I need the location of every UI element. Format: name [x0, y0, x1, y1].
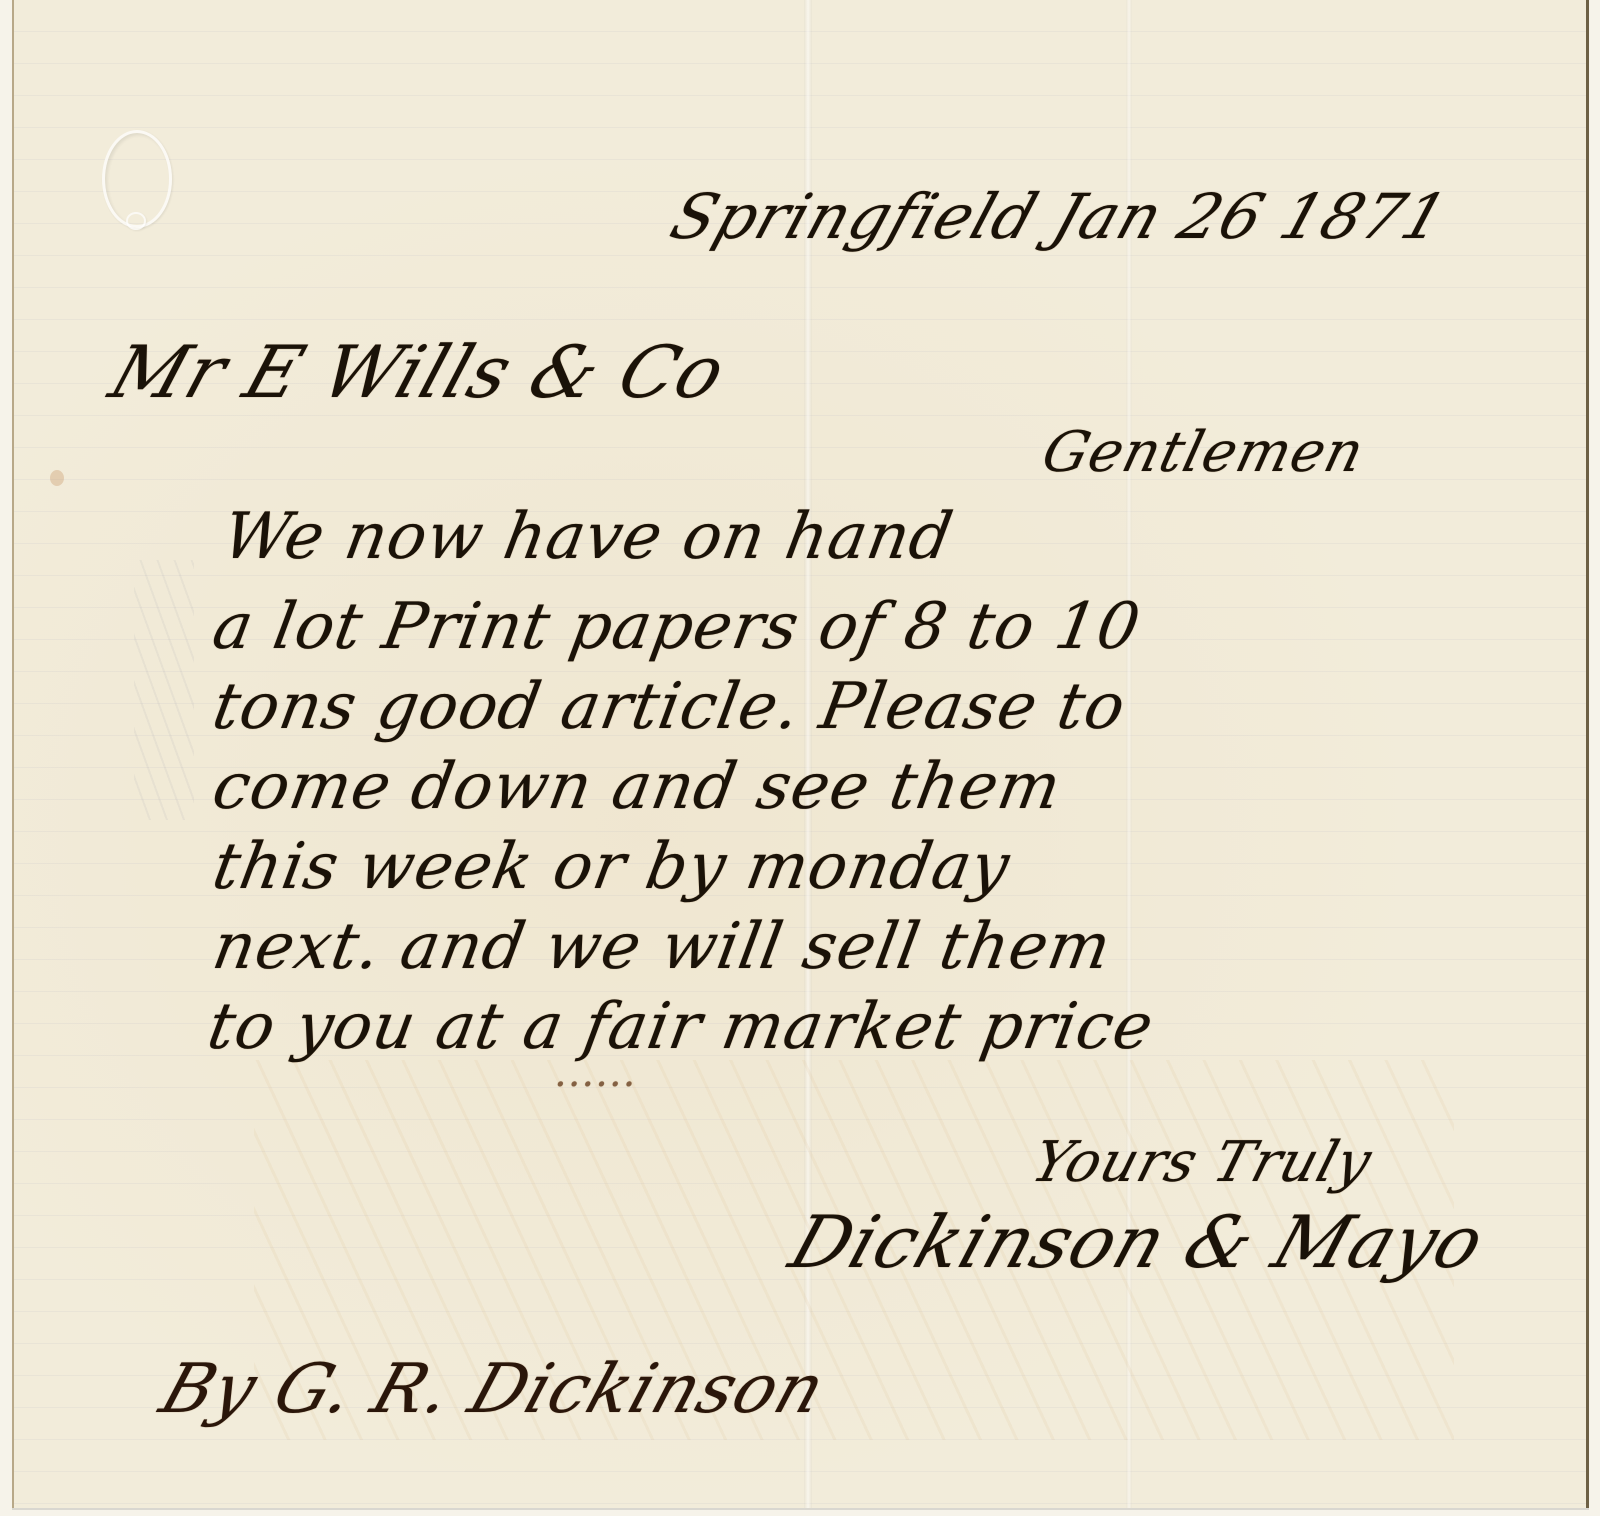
dateline: Springfield Jan 26 1871 — [662, 180, 1457, 253]
body-line: come down and see them — [207, 750, 1066, 824]
body-line: We now have on hand — [217, 500, 958, 574]
body-line: this week or by monday — [207, 830, 1015, 904]
body-line: to you at a fair market price — [202, 990, 1159, 1064]
body-line: tons good article. Please to — [207, 670, 1131, 744]
body-line: next. and we will sell them — [207, 910, 1116, 984]
body-line: a lot Print papers of 8 to 10 — [207, 590, 1145, 664]
embossed-seal-knot-icon — [126, 212, 146, 230]
signature: Dickinson & Mayo — [780, 1200, 1495, 1284]
ink-bleed-through-left — [134, 560, 194, 820]
addressee: Mr E Wills & Co — [100, 330, 736, 414]
salutation: Gentlemen — [1036, 420, 1371, 485]
by-line-signature: By G. R. Dickinson — [151, 1350, 835, 1429]
closing: Yours Truly — [1025, 1130, 1380, 1195]
paper-stain — [50, 470, 64, 486]
letter-paper: Springfield Jan 26 1871 Mr E Wills & Co … — [12, 0, 1589, 1508]
ellipsis-marks: ...... — [554, 1050, 636, 1096]
